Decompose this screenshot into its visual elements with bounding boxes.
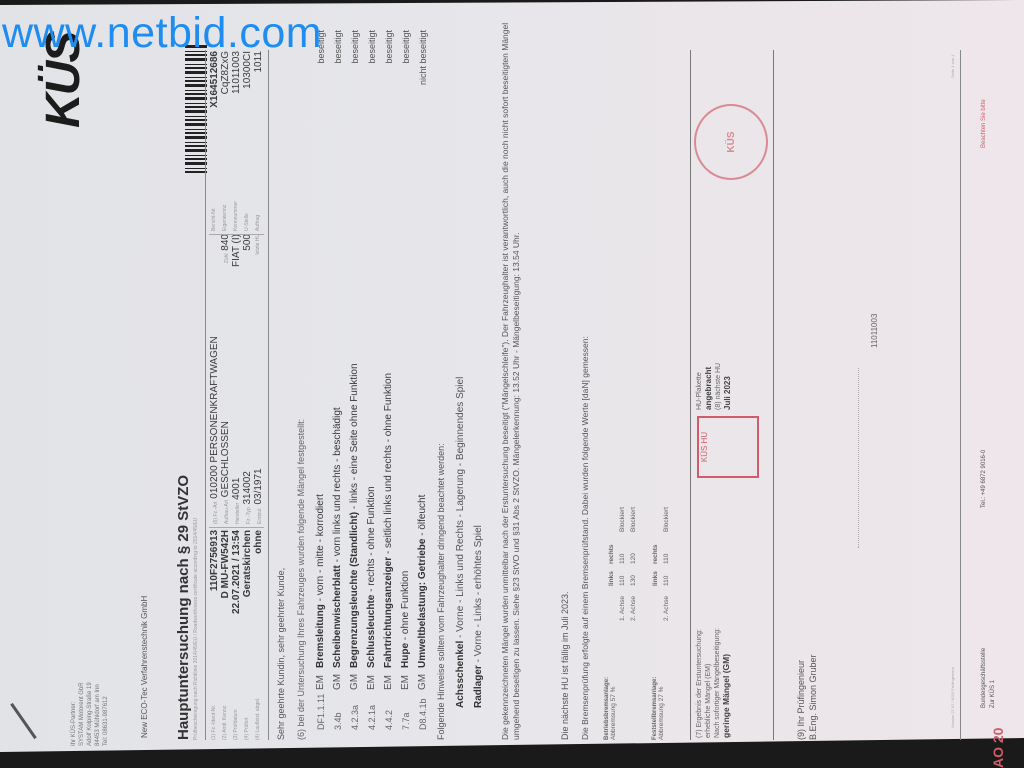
- service-brake-table: linksrechts 1. Achse110110Blockiert 2. A…: [608, 472, 641, 638]
- footer-note: Beachten Sie bitte: [980, 99, 989, 148]
- parking-brake-table: linksrechts 2. Achse110110Blockiert: [652, 472, 674, 638]
- vehicle-info-col1: (1) Fz.-Ident-Nr.110F2756913 (2) Amtl. K…: [209, 530, 264, 740]
- footer-office: BundesgeschäftsstelleZur KÜS 1: [980, 648, 998, 708]
- defects-list: DF1.1.11EMBremsleitung - vorn - mitte - …: [312, 30, 431, 730]
- defect-row: 4.2.3aGMBegrenzungsleuchte (Standlicht) …: [346, 30, 363, 730]
- recipient-company: New ECO-Tec Verfahrenstechnik GmbH: [140, 596, 149, 738]
- defect-row: D8.4.1bGMUmweltbelastung: Getriebe - ölf…: [414, 30, 431, 730]
- greeting: Sehr geehrte Kundin, sehr geehrter Kunde…: [276, 568, 286, 740]
- defects-intro: (6) bei der Untersuchung Ihres Fahrzeuge…: [296, 419, 306, 740]
- signature-line: [858, 368, 859, 548]
- partner-address: Ihr KÜS-Partner: SYSTAM Motorent GbR Ado…: [70, 682, 110, 746]
- hint-item: Achsschenkel - Vorne - Links und Rechts …: [455, 377, 466, 708]
- defect-note-paragraph: Die gekennzeichneten Mängel wurden unmit…: [500, 20, 521, 740]
- defect-row: 4.2.1aEMSchlussleuchte - rechts - ohne F…: [363, 30, 380, 730]
- brake-test-intro: Die Bremsenprüfung erfolgte auf einem Br…: [580, 336, 590, 740]
- document-subtitle: Prüfbescheinigung nach Richtlinie 2014/4…: [193, 518, 199, 740]
- kus-hu-stamp: KÜS HU: [697, 416, 759, 478]
- service-brake-label: Betriebsbremsanlage: Abbremsung 57 %: [604, 677, 617, 740]
- footer-divider: [960, 50, 961, 740]
- page-number: Seite 1 von 1: [950, 55, 955, 78]
- parking-brake-label: Feststellbremsanlage: Abbremsung 27 %: [652, 677, 665, 740]
- footer-version: Version 27.07 / KÜS Prüfingenieur: [950, 667, 955, 728]
- vehicle-info-box: (1) Fz.-Ident-Nr.110F2756913 (2) Amtl. K…: [205, 50, 269, 740]
- vehicle-info-col2: (6) Fz.-Art 010200 PERSONENKRAFTWAGEN Au…: [209, 234, 264, 528]
- defect-row: 4.4.2EMFahrtrichtungsanzeiger - seitlich…: [380, 30, 397, 730]
- barcode: [185, 45, 207, 173]
- result-summary: (7) Ergebnis der Erstuntersuchung: erheb…: [695, 628, 732, 738]
- watermark: www.netbid.com: [2, 12, 322, 55]
- kus-round-seal: KÜS: [694, 104, 768, 180]
- corner-mark: AO 20: [990, 728, 1006, 768]
- hints-intro: Folgende Hinweise sollten vom Fahrzeugha…: [436, 443, 446, 740]
- result-box: (7) Ergebnis der Erstuntersuchung: erheb…: [690, 50, 774, 740]
- inspection-report: KÜS Ihr KÜS-Partner: SYSTAM Motorent GbR…: [0, 0, 1024, 768]
- defect-row: DF1.1.11EMBremsleitung - vorn - mitte - …: [312, 30, 329, 730]
- serial-number: 11011003: [870, 314, 879, 348]
- vehicle-info-col3: Bericht-Nr.X164512686 Eigenkennz.CqZ8ZxG…: [209, 51, 264, 235]
- next-hu-note: Die nächste HU ist fällig im Juli 2023.: [560, 591, 570, 740]
- sticker-info: HU-Plakette angebracht (8) nächste HU Ju…: [695, 363, 733, 410]
- hint-item: Radlager - Vorne - Links - erhöhtes Spie…: [473, 525, 484, 708]
- document-title: Hauptuntersuchung nach § 29 StVZO: [175, 475, 192, 740]
- footer-phone: Tel.: +49 6872 9016-0: [980, 450, 989, 508]
- defect-row: 7.7aEMHupe - ohne Funktionbeseitigt: [397, 30, 414, 730]
- inspector: (9) Ihr Prüfingenieur B.Eng. Simon Grube…: [795, 654, 819, 740]
- defect-row: 3.4bGMScheibenwischerblatt - vorn links …: [329, 30, 346, 730]
